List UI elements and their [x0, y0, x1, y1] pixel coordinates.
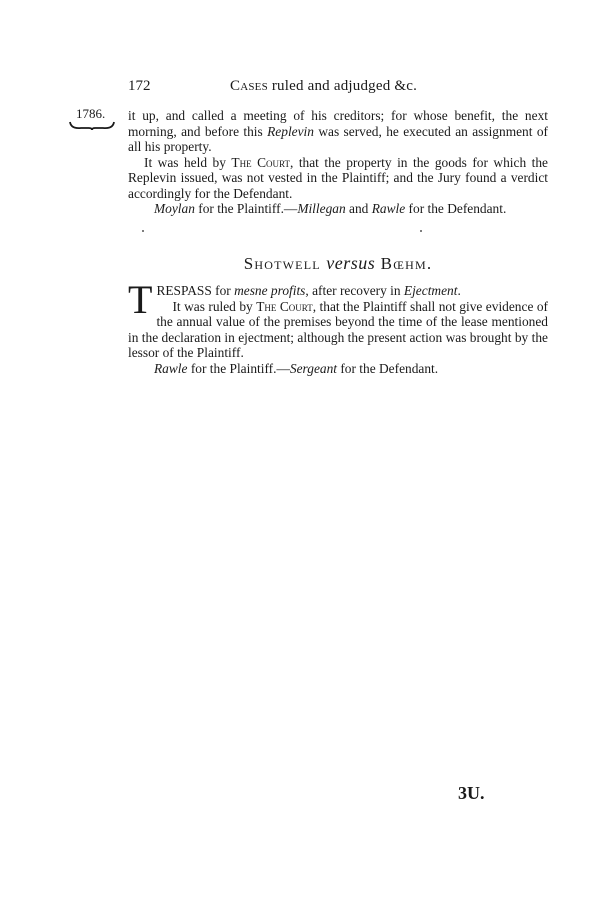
running-title-cap: Cases — [230, 78, 268, 94]
running-title-rest: ruled and adjudged &c. — [268, 78, 417, 94]
margin-year: 1786. — [76, 106, 105, 122]
the-court: The Court — [256, 299, 313, 314]
page-number: 172 — [128, 78, 151, 95]
the-court: The Court — [231, 155, 290, 170]
document-page: 172 Cases ruled and adjudged &c. 1786. i… — [0, 0, 600, 903]
case2-ruling: It was ruled by The Court, that the Plai… — [128, 299, 548, 361]
case1-body: it up, and called a meeting of his credi… — [128, 108, 548, 217]
signature-mark: 3U. — [458, 783, 485, 804]
case2-counsel: Rawle for the Plaintiff.—Sergeant for th… — [128, 361, 548, 377]
case2-opening: TRESPASS for mesne profits, after recove… — [128, 283, 548, 299]
margin-brace-icon — [69, 121, 115, 131]
case2-title: Shotwell versus Bœhm. — [128, 253, 548, 274]
case1-counsel: Moylan for the Plaintiff.—Millegan and R… — [128, 201, 548, 217]
speck — [142, 230, 144, 232]
case1-holding: It was held by The Court, that the prope… — [128, 155, 548, 202]
case1-facts: it up, and called a meeting of his credi… — [128, 108, 548, 155]
drop-cap: T — [128, 285, 152, 315]
speck — [420, 230, 422, 232]
running-title: Cases ruled and adjudged &c. — [230, 78, 417, 95]
case2-body: TRESPASS for mesne profits, after recove… — [128, 283, 548, 376]
replevin-term: Replevin — [267, 124, 314, 139]
